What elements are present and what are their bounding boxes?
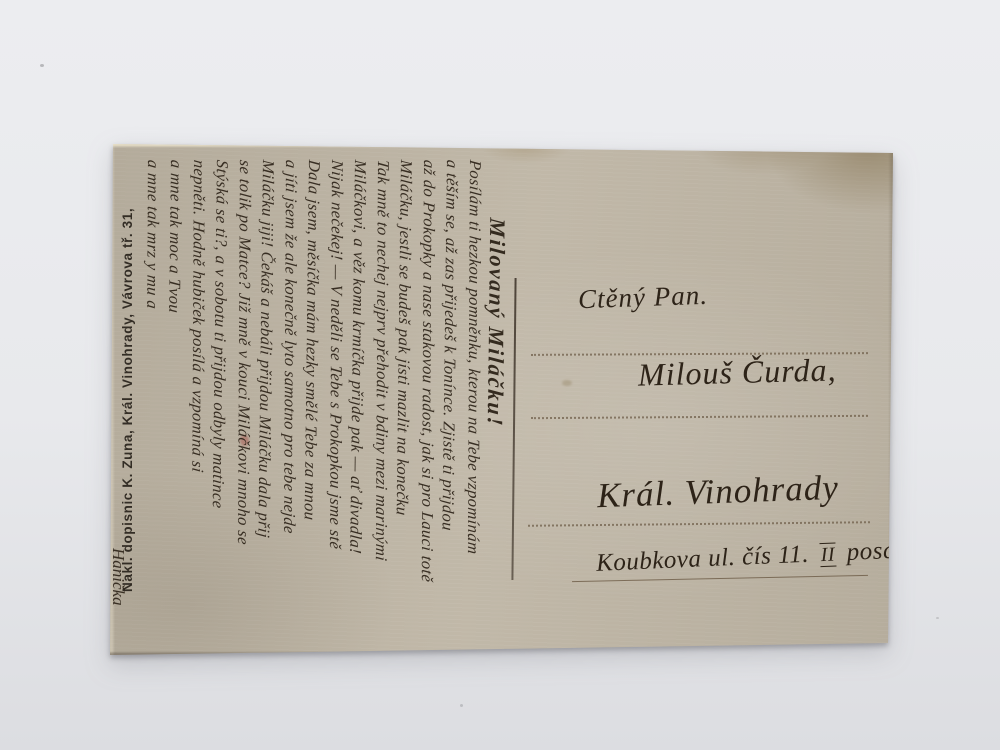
message-line: Nijak nečekej! — V neděli se Tebe s Prok… [323, 159, 349, 641]
address-salutation: Ctěný Pan. [577, 280, 708, 316]
message-line: a jíti jsem že ale konečně lyto samotno … [277, 159, 303, 641]
address-rule [531, 415, 868, 419]
message-line: a mne tak mrz y mu a [139, 159, 165, 641]
message-line: se tolik po Matce? Již mně v kouci Miláč… [231, 159, 257, 641]
address-floor-suffix: posch. [846, 536, 915, 566]
message-line: Tak mně to nechej nejprv přehodit v bdin… [369, 159, 395, 641]
address-city: Král. Vinohrady [596, 468, 839, 516]
photo-background: Nakl. dopisnic K. Zuna, Král. Vinohrady,… [0, 0, 1000, 750]
message-block: Milovaný Miláčku!Posílám ti hezkou pomně… [142, 160, 510, 640]
paper-stain [562, 380, 572, 386]
message-line: až do Prokopky a nase stakovou radost, j… [415, 159, 441, 641]
message-line: nepněti. Hodně hubiček posílá a vzpomíná… [185, 159, 211, 641]
divider-line [511, 278, 516, 580]
postcard: Nakl. dopisnic K. Zuna, Král. Vinohrady,… [110, 142, 894, 656]
postcard-shadow-wrap: Nakl. dopisnic K. Zuna, Král. Vinohrady,… [0, 0, 1000, 750]
message-signature: Hanička [108, 548, 128, 668]
publisher-imprint: Nakl. dopisnic K. Zuna, Král. Vinohrady,… [118, 188, 138, 592]
address-floor-numeral: II [819, 542, 836, 567]
message-line: Posílám ti hezkou pomněnku, kterou na Te… [461, 159, 487, 641]
address-street-text: Koubkova ul. čís 11. [596, 541, 810, 577]
address-rule [528, 521, 870, 527]
address-street: Koubkova ul. čís 11. II posch. [596, 536, 915, 578]
address-name: Milouš Čurda, [638, 351, 837, 393]
